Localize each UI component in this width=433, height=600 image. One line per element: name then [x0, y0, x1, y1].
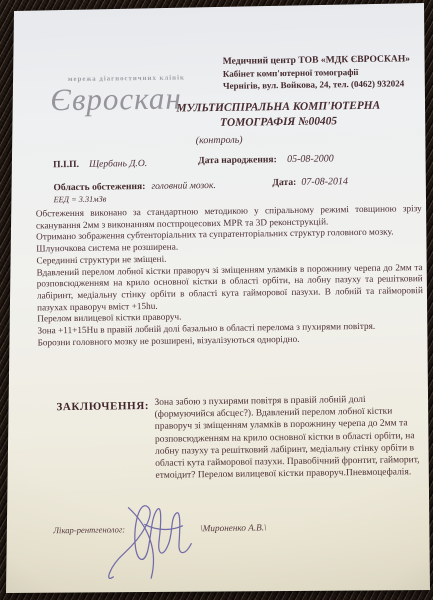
clinic-header: Медичний центр ТОВ «МДК ЄВРОСКАН» Кабіне… [223, 53, 423, 92]
paper-sheet: мережа діагностичних клінік Євроскан Мед… [0, 0, 433, 600]
paper-shadow: мережа діагностичних клінік Євроскан Мед… [0, 0, 433, 600]
exam-date-label: Дата: [272, 177, 296, 188]
findings-section: Обстеження виконано за стандартною метод… [36, 204, 424, 350]
findings-paragraph: Вдавлений перелом лобної кістки праворуч… [37, 263, 424, 315]
document-title: МУЛЬТИСПІРАЛЬНА КОМП'ЮТЕРНА ТОМОГРАФІЯ №… [140, 98, 416, 131]
document-subtitle: (контроль) [196, 135, 243, 147]
clinic-address: Чернігів, вул. Войкова, 24, тел. (0462) … [223, 78, 423, 93]
radiation-dose: ЕЕД = 3.31мЗв [54, 195, 107, 205]
conclusion-text: Зона забою з пухирями повітря в правій л… [154, 393, 423, 482]
patient-name-label: П.І.П. [53, 159, 79, 170]
birthdate-label: Дата народження: [198, 154, 277, 166]
exam-date-value: 07-08-2014 [301, 176, 348, 188]
exam-area-label: Область обстеження: [53, 181, 145, 193]
patient-name-value: Щербань Д.О. [89, 158, 147, 170]
conclusion-label: ЗАКЛЮЧЕННЯ: [56, 400, 149, 413]
exam-area-value: головний мозок. [151, 180, 216, 192]
doctor-signature-icon [100, 497, 211, 584]
document-content: мережа діагностичних клінік Євроскан Мед… [0, 0, 433, 600]
photo-of-document: мережа діагностичних клінік Євроскан Мед… [0, 0, 433, 600]
doctor-name: \Мироненко А.В.\ [200, 522, 267, 533]
birthdate-value: 05-08-2000 [287, 153, 334, 165]
